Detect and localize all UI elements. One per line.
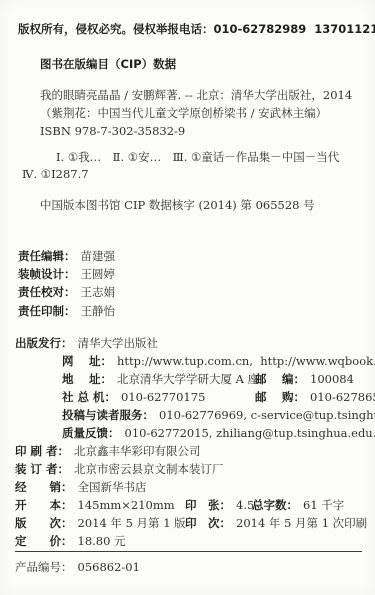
sheets-cell: 印 张： 4.5: [185, 498, 254, 512]
wordcount-cell: 总字数： 61 千字: [252, 498, 344, 512]
distributor-row: 经 销： 全国新华书店: [15, 480, 147, 494]
wordcount-label: 总字数：: [252, 498, 298, 512]
staff-row-print-supervisor: 责任印制： 王静怡: [18, 304, 115, 318]
submission-service-value: 010-62776969, c-service@tup.tsinghua.edu…: [159, 408, 375, 422]
printer-label: 印 刷 者：: [15, 444, 69, 458]
website-row: 网 址： http://www.tup.com.cn, http://www.w…: [62, 354, 375, 368]
quality-feedback-label: 质量反馈：: [62, 426, 120, 440]
binder-value: 北京市密云县京文制本装订厂: [74, 462, 224, 476]
cip-isbn-line: ISBN 978-7-302-35832-9: [40, 124, 185, 138]
cip-title-line: 我的眼睛亮晶晶 / 安鹏辉著. -- 北京：清华大学出版社，2014: [40, 88, 352, 102]
impression-value: 2014 年 5 月第 1 次印刷: [236, 516, 367, 530]
format-row: 开 本： 145mm×210mm: [15, 498, 175, 512]
cip-heading: 图书在版编目（CIP）数据: [40, 57, 176, 71]
price-row: 定 价： 18.80 元: [15, 534, 126, 548]
printer-row: 印 刷 者： 北京鑫丰华彩印有限公司: [15, 444, 201, 458]
staff-label: 责任编辑：: [18, 249, 76, 263]
cip-classification-line-1: Ⅰ. ①我… Ⅱ. ①安… Ⅲ. ①童话－作品集－中国－当代: [56, 150, 339, 164]
submission-service-label: 投稿与读者服务：: [62, 408, 154, 422]
address-label: 地 址：: [62, 372, 112, 386]
switchboard-value: 010-62770175: [121, 390, 205, 404]
staff-value: 王圆婷: [81, 267, 116, 281]
footer-divider: [15, 551, 362, 552]
staff-value: 王静怡: [81, 304, 116, 318]
product-number-row: 产品编号： 056862-01: [15, 560, 140, 574]
staff-value: 王志娟: [81, 285, 116, 299]
impression-cell: 印 次： 2014 年 5 月第 1 次印刷: [185, 516, 367, 530]
publisher-label: 出版发行：: [15, 336, 73, 350]
staff-label: 责任校对：: [18, 285, 76, 299]
cip-record-line: 中国版本图书馆 CIP 数据核字 (2014) 第 065528 号: [40, 198, 315, 212]
postcode-cell: 邮 编： 100084: [255, 372, 354, 386]
staff-label: 责任印制：: [18, 304, 76, 318]
wordcount-value: 61 千字: [303, 498, 344, 512]
distributor-value: 全国新华书店: [78, 480, 147, 494]
price-value: 18.80 元: [78, 534, 126, 548]
quality-feedback-row: 质量反馈： 010-62772015, zhiliang@tup.tsinghu…: [62, 426, 375, 440]
switchboard-label: 社 总 机：: [62, 390, 116, 404]
quality-feedback-value: 010-62772015, zhiliang@tup.tsinghua.edu.…: [125, 426, 375, 440]
edition-value: 2014 年 5 月第 1 版: [78, 516, 186, 530]
distributor-label: 经 销：: [15, 480, 73, 494]
mailorder-value: 010-62786544: [310, 390, 375, 404]
mailorder-cell: 邮 购： 010-62786544: [255, 390, 375, 404]
staff-row-proofreader: 责任校对： 王志娟: [18, 285, 115, 299]
printer-value: 北京鑫丰华彩印有限公司: [74, 444, 201, 458]
impression-label: 印 次：: [185, 516, 231, 530]
publisher-row: 出版发行： 清华大学出版社: [15, 336, 158, 350]
cip-classification-line-2: Ⅳ. ①I287.7: [22, 167, 89, 181]
postcode-value: 100084: [310, 372, 354, 386]
product-number-value: 056862-01: [78, 560, 140, 574]
staff-value: 苗建强: [81, 249, 116, 263]
postcode-label: 邮 编：: [255, 372, 305, 386]
submission-service-row: 投稿与读者服务： 010-62776969, c-service@tup.tsi…: [62, 408, 375, 422]
address-value: 北京清华大学学研大厦 A 座: [117, 372, 259, 386]
cip-series-line: （紫荆花：中国当代儿童文学原创桥梁书 / 安武林主编）: [40, 106, 327, 120]
mailorder-label: 邮 购：: [255, 390, 305, 404]
colophon-page: 版权所有，侵权必究。侵权举报电话：010-62782989 1370112193…: [0, 0, 375, 595]
binder-label: 装 订 者：: [15, 462, 69, 476]
website-label: 网 址：: [62, 354, 112, 368]
format-label: 开 本：: [15, 498, 73, 512]
edition-label: 版 次：: [15, 516, 73, 530]
staff-row-designer: 装帧设计： 王圆婷: [18, 267, 115, 281]
address-row: 地 址： 北京清华大学学研大厦 A 座: [62, 372, 259, 386]
edition-row: 版 次： 2014 年 5 月第 1 版: [15, 516, 186, 530]
binder-row: 装 订 者： 北京市密云县京文制本装订厂: [15, 462, 224, 476]
format-value: 145mm×210mm: [78, 498, 175, 512]
copyright-notice: 版权所有，侵权必究。侵权举报电话：010-62782989 1370112193…: [18, 22, 375, 36]
staff-row-editor: 责任编辑： 苗建强: [18, 249, 115, 263]
website-value: http://www.tup.com.cn, http://www.wqbook…: [117, 354, 375, 368]
sheets-label: 印 张：: [185, 498, 231, 512]
price-label: 定 价：: [15, 534, 73, 548]
publisher-value: 清华大学出版社: [78, 336, 159, 350]
staff-label: 装帧设计：: [18, 267, 76, 281]
product-number-label: 产品编号：: [15, 560, 73, 574]
switchboard-row: 社 总 机： 010-62770175: [62, 390, 205, 404]
